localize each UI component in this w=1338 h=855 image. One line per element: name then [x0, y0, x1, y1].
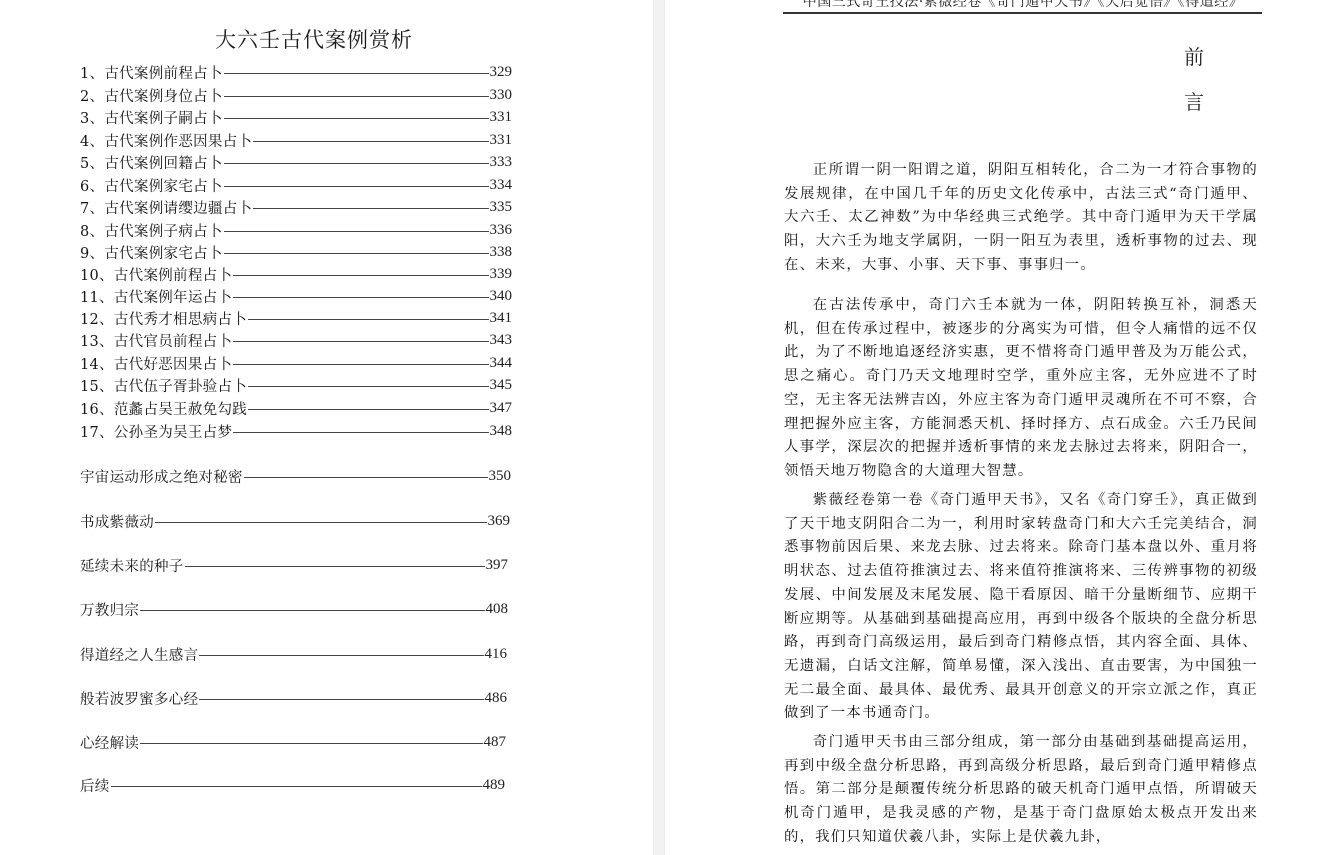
page-gutter [653, 0, 665, 855]
toc-entry-page: 333 [490, 154, 513, 171]
leader-line [224, 118, 489, 119]
toc-entry-page: 344 [490, 355, 513, 372]
leader-line [233, 341, 488, 342]
toc-section-label: 延续未来的种子 [80, 555, 184, 576]
leader-line [233, 364, 488, 365]
toc-section-page: 397 [486, 557, 509, 574]
book-spread: 大六壬古代案例赏析 1、古代案例前程占卜329 2、古代案例身位占卜330 3、… [0, 0, 1338, 855]
toc-entry-page: 329 [490, 64, 513, 81]
toc-entry-page: 341 [490, 310, 513, 327]
toc-entry-page: 348 [490, 423, 513, 440]
leader-line [224, 73, 489, 74]
toc-entry[interactable]: 1、古代案例前程占卜329 [80, 62, 512, 82]
toc-section[interactable]: 得道经之人生感言416 [80, 644, 507, 664]
toc-section-label: 书成紫薇动 [80, 511, 154, 532]
leader-line [248, 386, 488, 387]
toc-entry[interactable]: 16、范蠡占吴王赦免勾践347 [80, 398, 512, 418]
toc-section-page: 486 [485, 690, 508, 707]
toc-entry[interactable]: 11、古代案例年运占卜340 [80, 286, 512, 306]
toc-entry-page: 331 [490, 109, 513, 126]
leader-line [111, 786, 482, 787]
leader-line [248, 409, 488, 410]
toc-entry-page: 343 [490, 332, 513, 349]
preface-title-char: 前 [1184, 41, 1204, 70]
toc-section[interactable]: 心经解读487 [80, 732, 506, 752]
toc-section[interactable]: 万教归宗408 [80, 599, 508, 619]
toc-entry[interactable]: 14、古代好恶因果占卜344 [80, 353, 512, 373]
leader-line [155, 522, 487, 523]
toc-entry-label: 8、古代案例子病占卜 [80, 220, 223, 241]
toc-entry-page: 339 [490, 266, 513, 283]
toc-entry-page: 347 [490, 400, 513, 417]
toc-entry-page: 345 [490, 377, 513, 394]
leader-line [185, 566, 485, 567]
header-rule [783, 12, 1262, 14]
toc-entry-label: 16、范蠡占吴王赦免勾践 [80, 398, 247, 419]
toc-entry[interactable]: 2、古代案例身位占卜330 [80, 85, 512, 105]
leader-line [224, 163, 489, 164]
leader-line [140, 610, 484, 611]
toc-section-page: 369 [488, 513, 511, 530]
toc-entry-label: 10、古代案例前程占卜 [80, 264, 232, 285]
preface-paragraph: 在古法传承中，奇门六壬本就为一体，阴阳转换互补，洞悉天机，但在传承过程中，被逐步… [784, 294, 1258, 484]
toc-entry-page: 335 [490, 199, 513, 216]
toc-entry-label: 11、古代案例年运占卜 [80, 286, 232, 307]
leader-line [253, 141, 488, 142]
preface-title-char: 言 [1184, 86, 1204, 115]
leader-line [224, 96, 489, 97]
toc-entry-label: 6、古代案例家宅占卜 [80, 175, 223, 196]
toc-entry[interactable]: 3、古代案例子嗣占卜331 [80, 107, 512, 127]
toc-section-page: 416 [485, 646, 508, 663]
toc-entry[interactable]: 6、古代案例家宅占卜334 [80, 175, 512, 195]
toc-entry-page: 334 [490, 177, 513, 194]
toc-section-page: 408 [486, 601, 509, 618]
toc-entry-label: 14、古代好恶因果占卜 [80, 353, 232, 374]
leader-line [244, 477, 488, 478]
leader-line [140, 743, 482, 744]
preface-paragraph: 奇门遁甲天书由三部分组成，第一部分由基础到基础提高运用，再到中级全盘分析思路，再… [784, 731, 1258, 850]
running-header: 中国三式奇王技法·紫薇经卷《奇门遁甲天书》《天启觉悟》《得道经》 [783, 0, 1263, 11]
leader-line [224, 186, 489, 187]
toc-entry[interactable]: 8、古代案例子病占卜336 [80, 220, 512, 240]
toc-section-label: 心经解读 [80, 732, 139, 753]
toc-entry-label: 17、公孙圣为吴王占梦 [80, 421, 232, 442]
leader-line [233, 275, 488, 276]
left-page-toc: 大六壬古代案例赏析 1、古代案例前程占卜329 2、古代案例身位占卜330 3、… [0, 0, 653, 855]
toc-entry-page: 330 [490, 87, 513, 104]
leader-line [253, 208, 488, 209]
toc-entry-label: 12、古代秀才相思病占卜 [80, 308, 247, 329]
leader-line [199, 699, 483, 700]
toc-entry-label: 5、古代案例回籍占卜 [80, 152, 223, 173]
toc-section-page: 350 [489, 468, 512, 485]
toc-entry-page: 331 [490, 132, 513, 149]
toc-entry-label: 3、古代案例子嗣占卜 [80, 107, 223, 128]
toc-entry-label: 2、古代案例身位占卜 [80, 85, 223, 106]
toc-entry-label: 9、古代案例家宅占卜 [80, 242, 223, 263]
toc-entry[interactable]: 12、古代秀才相思病占卜341 [80, 308, 512, 328]
leader-line [248, 319, 488, 320]
toc-entry-label: 15、古代伍子胥卦验占卜 [80, 375, 247, 396]
toc-section-label: 得道经之人生感言 [80, 644, 198, 665]
toc-section[interactable]: 后续489 [80, 775, 505, 795]
toc-section-page: 489 [483, 777, 506, 794]
right-page-preface: 中国三式奇王技法·紫薇经卷《奇门遁甲天书》《天启觉悟》《得道经》 前 言 正所谓… [665, 0, 1338, 855]
toc-entry-label: 1、古代案例前程占卜 [80, 62, 223, 83]
toc-section[interactable]: 般若波罗蜜多心经486 [80, 688, 507, 708]
toc-entry-label: 4、古代案例作恶因果占卜 [80, 130, 252, 151]
toc-entry[interactable]: 5、古代案例回籍占卜333 [80, 152, 512, 172]
leader-line [233, 432, 488, 433]
toc-entry-page: 338 [490, 244, 513, 261]
toc-section-label: 后续 [80, 775, 110, 796]
toc-entry-label: 13、古代官员前程占卜 [80, 330, 232, 351]
toc-entry[interactable]: 13、古代官员前程占卜343 [80, 330, 512, 350]
toc-entry[interactable]: 9、古代案例家宅占卜338 [80, 242, 512, 262]
preface-paragraph: 正所谓一阴一阳谓之道，阴阳互相转化，合二为一才符合事物的发展规律，在中国几千年的… [784, 159, 1258, 278]
toc-entry[interactable]: 4、古代案例作恶因果占卜331 [80, 130, 512, 150]
toc-section[interactable]: 宇宙运动形成之绝对秘密350 [80, 466, 511, 486]
toc-section-page: 487 [484, 734, 507, 751]
toc-section[interactable]: 延续未来的种子397 [80, 555, 508, 575]
toc-entry-label: 7、古代案例请缨边疆占卜 [80, 197, 252, 218]
toc-entry[interactable]: 10、古代案例前程占卜339 [80, 264, 512, 284]
toc-section-label: 万教归宗 [80, 599, 139, 620]
toc-entry[interactable]: 17、公孙圣为吴王占梦348 [80, 421, 512, 441]
leader-line [224, 253, 489, 254]
toc-entry[interactable]: 7、古代案例请缨边疆占卜335 [80, 197, 512, 217]
toc-entry-page: 340 [490, 288, 513, 305]
toc-section-label: 般若波罗蜜多心经 [80, 688, 198, 709]
preface-paragraph: 紫薇经卷第一卷《奇门遁甲天书》，又名《奇门穿壬》，真正做到了天干地支阴阳合二为一… [784, 489, 1258, 726]
leader-line [224, 231, 489, 232]
leader-line [199, 655, 483, 656]
toc-section-label: 宇宙运动形成之绝对秘密 [80, 466, 243, 487]
toc-entry[interactable]: 15、古代伍子胥卦验占卜345 [80, 375, 512, 395]
toc-title: 大六壬古代案例赏析 [0, 24, 628, 54]
toc-section[interactable]: 书成紫薇动369 [80, 511, 510, 531]
leader-line [233, 297, 488, 298]
toc-entry-page: 336 [490, 222, 513, 239]
